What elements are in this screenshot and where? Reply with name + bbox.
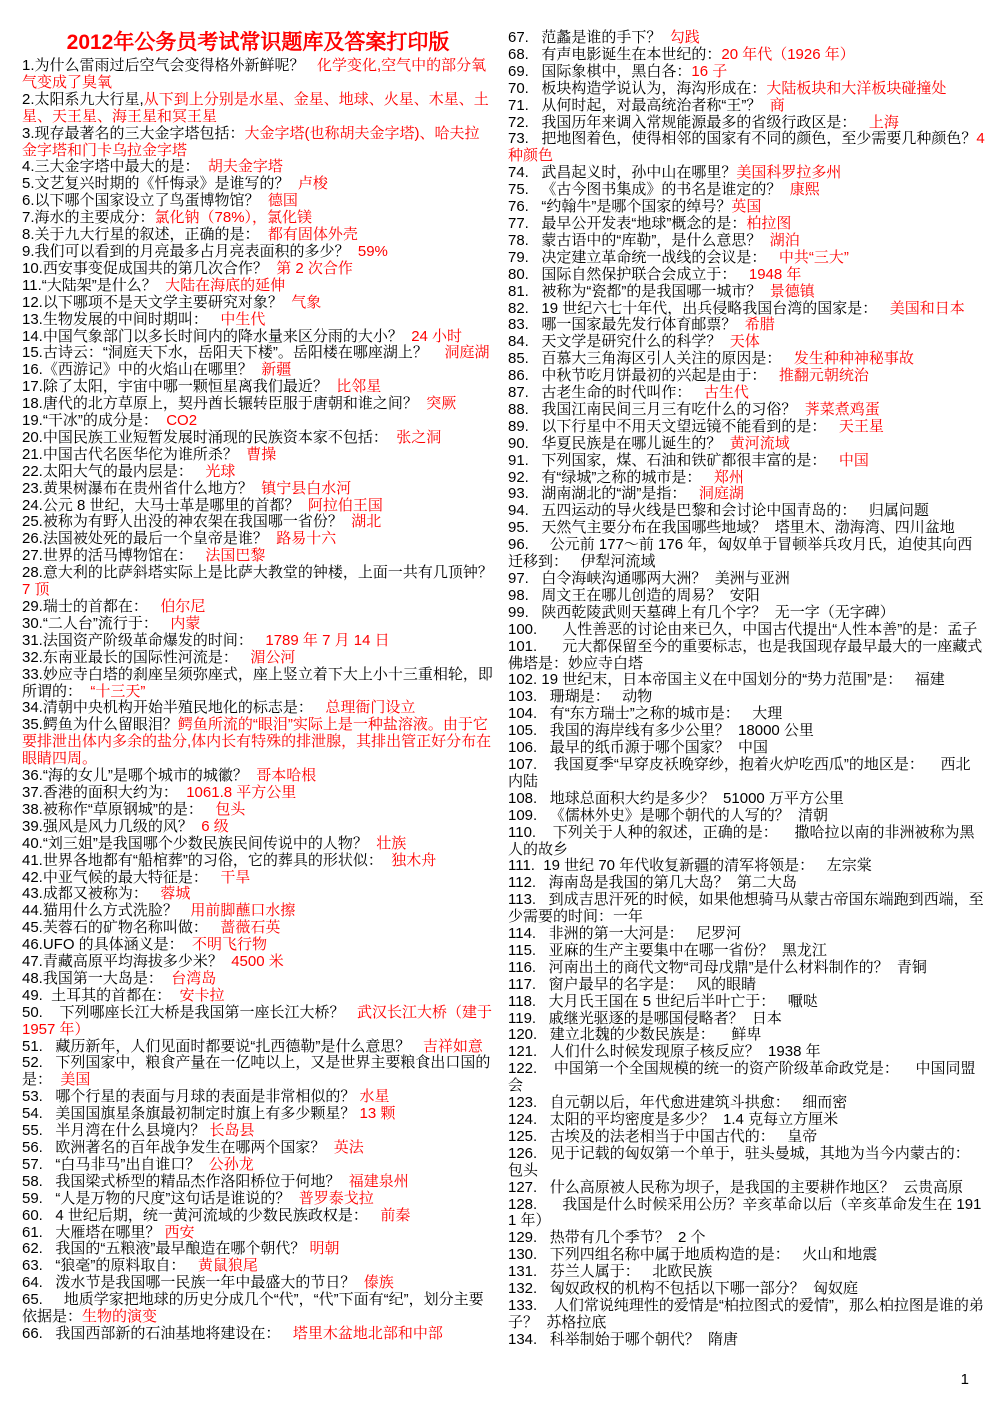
question-text: 56. 欧洲著名的百年战争发生在哪两个国家？ <box>22 1139 334 1156</box>
answer-text: 景德镇 <box>770 283 815 300</box>
answer-text: 胡夫金字塔 <box>208 158 283 175</box>
question-item: 103. 珊瑚是： 动物 <box>508 689 985 706</box>
question-text: 1.为什么雷雨过后空气会变得格外新鲜呢？ <box>22 57 317 74</box>
question-text: 17.除了太阳，宇宙中哪一颗恒星离我们最近？ <box>22 378 336 395</box>
answer-text: 4500 米 <box>231 953 284 970</box>
answer-text: 干旱 <box>220 869 250 886</box>
answer-text: 中国 <box>738 739 768 756</box>
question-text: 68. 有声电影诞生在本世纪的： <box>508 46 721 63</box>
question-text: 25.被称为有野人出没的神农架在我国哪一省份？ <box>22 513 351 530</box>
question-item: 134. 科举制始于哪个朝代？ 隋唐 <box>508 1332 985 1349</box>
answer-text: 英法 <box>334 1139 364 1156</box>
question-text: 84. 天文学是研究什么的科学？ <box>508 333 730 350</box>
question-item: 109. 《儒林外史》是哪个朝代的人写的？ 清朝 <box>508 808 985 825</box>
answer-text: 20 年代（1926 年） <box>721 46 854 63</box>
answer-text: 24 小时 <box>411 328 462 345</box>
question-text: 83. 哪一国家最先发行体育邮票？ <box>508 316 745 333</box>
question-text: 114. 非洲的第一大河是： <box>508 925 696 942</box>
question-item: 123. 自元朝以后，年代愈进建筑斗拱愈： 细而密 <box>508 1095 985 1112</box>
question-item: 7.海水的主要成分：氯化钠（78%），氯化镁 <box>22 210 494 227</box>
question-text: 98. 周文王在哪儿创造的周易？ <box>508 587 730 604</box>
question-text: 119. 戚继光驱逐的是哪国侵略者？ <box>508 1010 752 1027</box>
question-item: 70. 板块构造学说认为，海沟形成在：大陆板块和大洋板块碰撞处 <box>508 81 985 98</box>
question-text: 74. 武昌起义时，孙中山在哪里？ <box>508 164 736 181</box>
question-text: 115. 亚麻的生产主要集中在哪一省份？ <box>508 942 782 959</box>
question-item: 45.芙蓉石的矿物名称叫做： 蔷薇石英 <box>22 920 494 937</box>
question-item: 13.生物发展的中间时期叫： 中生代 <box>22 312 494 329</box>
question-text: 14.中国气象部门以多长时间内的降水量来区分雨的大小？ <box>22 328 411 345</box>
question-text: 85. 百慕大三角海区引人关注的原因是： <box>508 350 794 367</box>
question-item: 91. 下列国家，煤、石油和铁矿都很丰富的是： 中国 <box>508 453 985 470</box>
answer-text: 细而密 <box>802 1094 847 1111</box>
question-item: 69. 国际象棋中，黑白各：16 子 <box>508 64 985 81</box>
question-item: 44.猫用什么方式洗脸？ 用前脚蘸口水擦 <box>22 903 494 920</box>
answer-text: 气象 <box>291 294 321 311</box>
question-text: 109. 《儒林外史》是哪个朝代的人写的？ <box>508 807 798 824</box>
question-item: 121. 人们什么时候发现原子核反应？ 1938 年 <box>508 1044 985 1061</box>
question-item: 94. 五四运动的导火线是巴黎和会讨论中国青岛的： 归属问题 <box>508 503 985 520</box>
question-item: 112. 海南岛是我国的第几大岛？ 第二大岛 <box>508 875 985 892</box>
question-item: 46.UFO 的具体涵义是： 不明飞行物 <box>22 937 494 954</box>
question-text: 122. 中国第一个全国规模的统一的资产阶级革命政党是： <box>508 1060 916 1077</box>
question-text: 72. 我国历年来调入常规能源最多的省级行政区是： <box>508 114 869 131</box>
question-text: 59. “人是万物的尺度”这句话是谁说的？ <box>22 1190 299 1207</box>
answer-text: 蔷薇石英 <box>220 919 280 936</box>
question-text: 77. 最早公开发表“地球”概念的是： <box>508 215 746 232</box>
question-item: 133. 人们常说纯理性的爱情是“柏拉图式的爱情”，那么柏拉图是谁的弟子？ 苏格… <box>508 1298 985 1332</box>
answer-text: 6 级 <box>201 818 229 835</box>
question-item: 119. 戚继光驱逐的是哪国侵略者？ 日本 <box>508 1011 985 1028</box>
question-item: 58. 我国梁式桥型的精品杰作洛阳桥位于何地？ 福建泉州 <box>22 1174 494 1191</box>
question-item: 111. 19 世纪 70 年代收复新疆的清军将领是： 左宗棠 <box>508 858 985 875</box>
question-text: 94. 五四运动的导火线是巴黎和会讨论中国青岛的： <box>508 502 869 519</box>
answer-text: 台湾岛 <box>171 970 216 987</box>
question-text: 46.UFO 的具体涵义是： <box>22 936 192 953</box>
question-item: 79. 决定建立革命统一战线的会议是： 中共“三大” <box>508 250 985 267</box>
question-text: 105. 我国的海岸线有多少公里？ <box>508 722 738 739</box>
question-text: 95. 天然气主要分布在我国哪些地域？ <box>508 519 775 536</box>
question-text: 104. 有“东方瑞士”之称的城市是： <box>508 705 752 722</box>
question-item: 25.被称为有野人出没的神农架在我国哪一省份？ 湖北 <box>22 514 494 531</box>
question-text: 7.海水的主要成分： <box>22 209 155 226</box>
answer-text: 嚈哒 <box>788 993 818 1010</box>
question-item: 82. 19 世纪六七十年代，出兵侵略我国台湾的国家是： 美国和日本 <box>508 301 985 318</box>
question-text: 118. 大月氏王国在 5 世纪后半叶亡于： <box>508 993 788 1010</box>
question-item: 120. 建立北魏的少数民族是： 鲜卑 <box>508 1027 985 1044</box>
question-item: 42.中亚气候的最大特征是： 干旱 <box>22 870 494 887</box>
question-item: 68. 有声电影诞生在本世纪的：20 年代（1926 年） <box>508 47 985 64</box>
answer-text: 大陆在海底的延伸 <box>165 277 285 294</box>
question-item: 12.以下哪项不是天文学主要研究对象？ 气象 <box>22 295 494 312</box>
question-text: 51. 藏历新年，人们见面时都要说“扎西德勒”是什么意思？ <box>22 1038 423 1055</box>
question-text: 36.“海的女儿”是哪个城市的城徽？ <box>22 767 256 784</box>
question-text: 8.关于九大行星的叙述，正确的是： <box>22 226 268 243</box>
question-text: 116. 河南出土的商代文物“司母戊鼎”是什么材料制作的？ <box>508 959 897 976</box>
question-item: 32.东南亚最长的国际性河流是： 湄公河 <box>22 650 494 667</box>
question-text: 58. 我国梁式桥型的精品杰作洛阳桥位于何地？ <box>22 1173 349 1190</box>
question-item: 114. 非洲的第一大河是： 尼罗河 <box>508 926 985 943</box>
question-text: 73. 把地图着色，使得相邻的国家有不同的颜色，至少需要几种颜色？ <box>508 130 976 147</box>
question-item: 83. 哪一国家最先发行体育邮票？ 希腊 <box>508 317 985 334</box>
answer-text: 云贵高原 <box>903 1179 963 1196</box>
question-text: 130. 下列四组名称中属于地质构造的是： <box>508 1246 802 1263</box>
question-text: 120. 建立北魏的少数民族是： <box>508 1026 731 1043</box>
question-item: 41.世界各地都有“船棺葬”的习俗，它的葬具的形状似： 独木舟 <box>22 853 494 870</box>
answer-text: 火山和地震 <box>802 1246 877 1263</box>
question-text: 53. 哪个行星的表面与月球的表面是非常相似的？ <box>22 1088 360 1105</box>
answer-text: 安卡拉 <box>180 987 225 1004</box>
question-item: 107. 我国夏季“早穿皮袄晚穿纱，抱着火炉吃西瓜”的地区是： 西北内陆 <box>508 757 985 791</box>
question-item: 27.世界的活马博物馆在： 法国巴黎 <box>22 548 494 565</box>
answer-text: 柏拉图 <box>746 215 791 232</box>
question-item: 72. 我国历年来调入常规能源最多的省级行政区是： 上海 <box>508 115 985 132</box>
answer-text: 用前脚蘸口水擦 <box>190 902 295 919</box>
question-item: 65. 地质学家把地球的历史分成几个“代”，“代”下面有“纪”，划分主要依据是：… <box>22 1292 494 1326</box>
question-item: 81. 被称为“瓷都”的是我国哪一城市？ 景德镇 <box>508 284 985 301</box>
answer-text: 美洲与亚洲 <box>715 570 790 587</box>
answer-text: 无一字（无字碑） <box>775 604 895 621</box>
answer-text: 大理 <box>752 705 782 722</box>
answer-text: 英国 <box>731 198 761 215</box>
question-item: 9.我们可以看到的月亮最多占月亮表面积的多少？ 59% <box>22 244 494 261</box>
answer-text: 尼罗河 <box>696 925 741 942</box>
question-text: 91. 下列国家，煤、石油和铁矿都很丰富的是： <box>508 452 839 469</box>
answer-text: 长岛县 <box>210 1122 255 1139</box>
question-text: 3.现存最著名的三大金字塔包括： <box>22 125 245 142</box>
question-text: 32.东南亚最长的国际性河流是： <box>22 649 250 666</box>
answer-text: 吉祥如意 <box>423 1038 483 1055</box>
page-number: 1 <box>961 1371 969 1388</box>
answer-text: 1948 年 <box>749 266 802 283</box>
answer-text: 福建泉州 <box>349 1173 409 1190</box>
answer-text: 中共“三大” <box>779 249 849 266</box>
question-item: 122. 中国第一个全国规模的统一的资产阶级革命政党是： 中国同盟会 <box>508 1061 985 1095</box>
answer-text: 13 颗 <box>360 1105 396 1122</box>
question-item: 60. 4 世纪后期，统一黄河流域的少数民族政权是： 前秦 <box>22 1208 494 1225</box>
answer-text: 归属问题 <box>869 502 929 519</box>
question-item: 117. 窗户最早的名字是： 风的眼睛 <box>508 977 985 994</box>
question-item: 52. 下列国家中，粮食产量在一亿吨以上，又是世界主要粮食出口国的是： 美国 <box>22 1055 494 1089</box>
question-text: 34.清朝中央机构开始半殖民地化的标志是： <box>22 699 325 716</box>
answer-text: 壮族 <box>376 835 406 852</box>
question-text: 108. 地球总面积大约是多少？ <box>508 790 723 807</box>
answer-text: 内蒙 <box>170 615 200 632</box>
answer-text: 公孙龙 <box>209 1156 254 1173</box>
answer-text: 皇帝 <box>787 1128 817 1145</box>
question-item: 97. 白令海峡沟通哪两大洲？ 美洲与亚洲 <box>508 571 985 588</box>
question-item: 126. 见于记载的匈奴第一个单于，驻头曼城，其地为当今内蒙古的： 包头 <box>508 1146 985 1180</box>
answer-text: 不明飞行物 <box>192 936 267 953</box>
question-item: 36.“海的女儿”是哪个城市的城徽？ 哥本哈根 <box>22 768 494 785</box>
question-item: 14.中国气象部门以多长时间内的降水量来区分雨的大小？ 24 小时 <box>22 329 494 346</box>
question-text: 79. 决定建立革命统一战线的会议是： <box>508 249 779 266</box>
question-text: 47.青藏高原平均海拔多少米？ <box>22 953 231 970</box>
question-text: 132. 匈奴政权的机构不包括以下哪一部分？ <box>508 1280 813 1297</box>
answer-text: 上海 <box>869 114 899 131</box>
answer-text: 发生种种神秘事故 <box>794 350 914 367</box>
question-item: 10.西安事变促成国共的第几次合作？ 第 2 次合作 <box>22 261 494 278</box>
answer-text: 福建 <box>915 671 945 688</box>
question-item: 118. 大月氏王国在 5 世纪后半叶亡于： 嚈哒 <box>508 994 985 1011</box>
question-item: 63. “狼毫”的原料取自： 黄鼠狼尾 <box>22 1258 494 1275</box>
question-text: 99. 陕西乾陵武则天墓碑上有几个字？ <box>508 604 775 621</box>
answer-text: 1061.8 平方公里 <box>186 784 296 801</box>
answer-text: 伯尔尼 <box>160 598 205 615</box>
question-text: 61. 大雁塔在哪里？ <box>22 1224 165 1241</box>
answer-text: 前秦 <box>380 1207 410 1224</box>
question-text: 86. 中秋节吃月饼最初的兴起是由于： <box>508 367 779 384</box>
question-text: 43.成都又被称为： <box>22 885 160 902</box>
question-text: 55. 半月湾在什么县境内？ <box>22 1122 210 1139</box>
question-item: 39.强风是风力几级的风？ 6 级 <box>22 819 494 836</box>
answer-text: 美国和日本 <box>890 300 965 317</box>
answer-text: 左宗棠 <box>827 857 872 874</box>
question-item: 101. 元大都保留至今的重要标志，也是我国现存最早最大的一座藏式佛塔是：妙应寺… <box>508 639 985 673</box>
question-item: 56. 欧洲著名的百年战争发生在哪两个国家？ 英法 <box>22 1140 494 1157</box>
answer-text: 鲜卑 <box>731 1026 761 1043</box>
answer-text: 妙应寺白塔 <box>568 655 643 672</box>
question-item: 124. 太阳的平均密度是多少？ 1.4 克每立方厘米 <box>508 1112 985 1129</box>
answer-text: 光球 <box>205 463 235 480</box>
question-item: 17.除了太阳，宇宙中哪一颗恒星离我们最近？ 比邻星 <box>22 379 494 396</box>
question-text: 4.三大金字塔中最大的是： <box>22 158 208 175</box>
document-title: 2012年公务员考试常识题库及答案打印版 <box>22 30 494 56</box>
answer-text: 1789 年 7 月 14 日 <box>265 632 389 649</box>
question-item: 74. 武昌起义时，孙中山在哪里？美国科罗拉多州 <box>508 165 985 182</box>
answer-text: 塔里木盆地北部和中部 <box>293 1325 443 1342</box>
answer-text: 伊犁河流域 <box>581 553 656 570</box>
question-text: 128. 我国是什么时候采用公历？ <box>508 1196 742 1213</box>
answer-text: 突厥 <box>426 395 456 412</box>
answer-text: 独木舟 <box>391 852 436 869</box>
question-text: 93. 湖南湖北的“湖”是指： <box>508 485 699 502</box>
document-page: 2012年公务员考试常识题库及答案打印版 1.为什么雷雨过后空气会变得格外新鲜呢… <box>0 0 993 1349</box>
question-text: 106. 最早的纸币源于哪个国家？ <box>508 739 738 756</box>
question-item: 87. 古老生命的时代叫作： 古生代 <box>508 385 985 402</box>
question-item: 84. 天文学是研究什么的科学？ 天体 <box>508 334 985 351</box>
question-text: 63. “狼毫”的原料取自： <box>22 1257 198 1274</box>
answer-text: 湖北 <box>351 513 381 530</box>
answer-text: 天王星 <box>839 418 884 435</box>
question-text: 71. 从何时起，对最高统治者称“王”？ <box>508 97 770 114</box>
question-item: 108. 地球总面积大约是多少？ 51000 万平方公里 <box>508 791 985 808</box>
answer-text: 1.4 克每立方厘米 <box>723 1111 838 1128</box>
question-item: 85. 百慕大三角海区引人关注的原因是： 发生种种神秘事故 <box>508 351 985 368</box>
question-item: 38.被称作“草原钢城”的是： 包头 <box>22 802 494 819</box>
answer-text: 法国巴黎 <box>205 547 265 564</box>
question-text: 16.《西游记》中的火焰山在哪里？ <box>22 361 261 378</box>
question-text: 87. 古老生命的时代叫作： <box>508 384 704 401</box>
question-text: 24.公元 8 世纪，大马士革是哪里的首都？ <box>22 497 308 514</box>
answer-text: 洞庭湖 <box>445 344 490 361</box>
answer-text: 清朝 <box>798 807 828 824</box>
question-list-right: 67. 范蠡是谁的手下？ 勾践 68. 有声电影诞生在本世纪的：20 年代（19… <box>508 30 985 1349</box>
answer-text: 青铜 <box>897 959 927 976</box>
question-text: 21.中国古代名医华佗为谁所杀？ <box>22 446 246 463</box>
question-item: 21.中国古代名医华佗为谁所杀？ 曹操 <box>22 447 494 464</box>
question-item: 78. 蒙古语中的“库勒”，是什么意思？ 湖泊 <box>508 233 985 250</box>
question-item: 61. 大雁塔在哪里？ 西安 <box>22 1225 494 1242</box>
question-item: 93. 湖南湖北的“湖”是指： 洞庭湖 <box>508 486 985 503</box>
question-item: 4.三大金字塔中最大的是： 胡夫金字塔 <box>22 159 494 176</box>
question-text: 64. 泼水节是我国哪一民族一年中最盛大的节日？ <box>22 1274 364 1291</box>
answer-text: 日本 <box>752 1010 782 1027</box>
question-item: 24.公元 8 世纪，大马士革是哪里的首都？ 阿拉伯王国 <box>22 498 494 515</box>
question-item: 37.香港的面积大约为： 1061.8 平方公里 <box>22 785 494 802</box>
question-item: 66. 我国西部新的石油基地将建设在： 塔里木盆地北部和中部 <box>22 1326 494 1343</box>
question-item: 11.“大陆架”是什么？ 大陆在海底的延伸 <box>22 278 494 295</box>
answer-text: 德国 <box>268 192 298 209</box>
question-item: 3.现存最著名的三大金字塔包括：大金字塔(也称胡夫金字塔)、哈夫拉金字塔和门卡乌… <box>22 126 494 160</box>
answer-text: 隋唐 <box>708 1331 738 1348</box>
question-text: 66. 我国西部新的石油基地将建设在： <box>22 1325 293 1342</box>
question-item: 28.意大利的比萨斜塔实际上是比萨大教堂的钟楼，上面一共有几顶钟？ 7 顶 <box>22 565 494 599</box>
answer-text: 动物 <box>622 688 652 705</box>
question-text: 102. 19 世纪末，日本帝国主义在中国划分的“势力范围”是： <box>508 671 915 688</box>
question-item: 43.成都又被称为： 蓉城 <box>22 886 494 903</box>
question-text: 10.西安事变促成国共的第几次合作？ <box>22 260 276 277</box>
question-text: 69. 国际象棋中，黑白各： <box>508 63 691 80</box>
answer-text: “十三天” <box>90 683 145 700</box>
answer-text: 生物的演变 <box>82 1308 157 1325</box>
question-item: 104. 有“东方瑞士”之称的城市是： 大理 <box>508 706 985 723</box>
question-item: 88. 我国江南民间三月三有吃什么的习俗？ 荠菜煮鸡蛋 <box>508 402 985 419</box>
question-item: 5.文艺复兴时期的《忏悔录》是谁写的？ 卢梭 <box>22 176 494 193</box>
question-item: 19.“干冰”的成分是： CO2 <box>22 413 494 430</box>
answer-text: 镇宁县白水河 <box>261 480 351 497</box>
question-item: 34.清朝中央机构开始半殖民地化的标志是： 总理衙门设立 <box>22 700 494 717</box>
question-item: 71. 从何时起，对最高统治者称“王”？ 商 <box>508 98 985 115</box>
question-item: 90. 华夏民族是在哪儿诞生的？ 黄河流域 <box>508 436 985 453</box>
question-item: 76. “约翰牛”是哪个国家的绰号？英国 <box>508 199 985 216</box>
answer-text: 总理衙门设立 <box>325 699 415 716</box>
question-item: 102. 19 世纪末，日本帝国主义在中国划分的“势力范围”是： 福建 <box>508 672 985 689</box>
question-item: 22.太阳大气的最内层是： 光球 <box>22 464 494 481</box>
answer-text: 郑州 <box>714 469 744 486</box>
question-text: 82. 19 世纪六七十年代，出兵侵略我国台湾的国家是： <box>508 300 890 317</box>
question-text: 100. 人性善恶的讨论由来已久，中国古代提出“人性本善”的是： <box>508 621 947 638</box>
answer-text: 西安 <box>165 1224 195 1241</box>
answer-text: 康熙 <box>790 181 820 198</box>
question-text: 75. 《古今图书集成》的书名是谁定的？ <box>508 181 790 198</box>
question-item: 55. 半月湾在什么县境内？ 长岛县 <box>22 1123 494 1140</box>
question-item: 1.为什么雷雨过后空气会变得格外新鲜呢？ 化学变化,空气中的部分氧气变成了臭氧 <box>22 58 494 92</box>
question-item: 62. 我国的“五粮液”最早酿造在哪个朝代？ 明朝 <box>22 1241 494 1258</box>
question-text: 54. 美国国旗星条旗最初制定时旗上有多少颗星？ <box>22 1105 360 1122</box>
answer-text: 第 2 次合作 <box>276 260 353 277</box>
question-text: 110. 下列关于人种的叙述，正确的是： <box>508 824 794 841</box>
question-item: 35.鳄鱼为什么留眼泪？鳄鱼所流的“眼泪”实际上是一种盐溶液。由于它要排泄出体内… <box>22 717 494 768</box>
answer-text: 张之洞 <box>396 429 441 446</box>
answer-text: 蓉城 <box>160 885 190 902</box>
question-text: 92. 有“绿城”之称的城市是： <box>508 469 714 486</box>
question-item: 96. 公元前 177～前 176 年，匈奴单于冒顿举兵攻月氏，迫使其向西迁移到… <box>508 537 985 571</box>
answer-text: 59% <box>358 243 388 260</box>
answer-text: 1938 年 <box>768 1043 821 1060</box>
question-text: 52. 下列国家中，粮食产量在一亿吨以上，又是世界主要粮食出口国的是： <box>22 1054 490 1088</box>
question-item: 98. 周文王在哪儿创造的周易？ 安阳 <box>508 588 985 605</box>
answer-text: 新疆 <box>261 361 291 378</box>
question-text: 37.香港的面积大约为： <box>22 784 186 801</box>
question-text: 48.我国第一大岛是： <box>22 970 171 987</box>
question-item: 29.瑞士的首都在： 伯尔尼 <box>22 599 494 616</box>
answer-text: 16 子 <box>691 63 727 80</box>
question-text: 103. 珊瑚是： <box>508 688 622 705</box>
answer-text: 明朝 <box>310 1240 340 1257</box>
answer-text: 黄河流域 <box>730 435 790 452</box>
right-column: 67. 范蠡是谁的手下？ 勾践 68. 有声电影诞生在本世纪的：20 年代（19… <box>508 30 985 1349</box>
answer-text: 风的眼睛 <box>696 976 756 993</box>
question-item: 110. 下列关于人种的叙述，正确的是： 撒哈拉以南的非洲被称为黑人的故乡 <box>508 825 985 859</box>
answer-text: 都有固体外壳 <box>268 226 358 243</box>
question-item: 20.中国民族工业短暂发展时涌现的民族资本家不包括： 张之洞 <box>22 430 494 447</box>
question-item: 99. 陕西乾陵武则天墓碑上有几个字？ 无一字（无字碑） <box>508 605 985 622</box>
question-text: 124. 太阳的平均密度是多少？ <box>508 1111 723 1128</box>
answer-text: 中生代 <box>220 311 265 328</box>
answer-text: 比邻星 <box>336 378 381 395</box>
left-column: 2012年公务员考试常识题库及答案打印版 1.为什么雷雨过后空气会变得格外新鲜呢… <box>22 30 494 1349</box>
question-item: 40.“刘三姐”是我国哪个少数民族民间传说中的人物？ 壮族 <box>22 836 494 853</box>
question-text: 62. 我国的“五粮液”最早酿造在哪个朝代？ <box>22 1240 310 1257</box>
question-text: 80. 国际自然保护联合会成立于： <box>508 266 749 283</box>
question-text: 12.以下哪项不是天文学主要研究对象？ <box>22 294 291 311</box>
question-item: 47.青藏高原平均海拔多少米？ 4500 米 <box>22 954 494 971</box>
question-item: 48.我国第一大岛是： 台湾岛 <box>22 971 494 988</box>
question-text: 97. 白令海峡沟通哪两大洲？ <box>508 570 715 587</box>
question-text: 123. 自元朝以后，年代愈进建筑斗拱愈： <box>508 1094 802 1111</box>
question-text: 121. 人们什么时候发现原子核反应？ <box>508 1043 768 1060</box>
question-text: 134. 科举制始于哪个朝代？ <box>508 1331 708 1348</box>
question-item: 113. 到成吉思汗死的时候，如果他想骑马从蒙古帝国东端跑到西端，至少需要的时间… <box>508 892 985 926</box>
question-text: 44.猫用什么方式洗脸？ <box>22 902 190 919</box>
question-item: 51. 藏历新年，人们见面时都要说“扎西德勒”是什么意思？ 吉祥如意 <box>22 1039 494 1056</box>
question-item: 26.法国被处死的最后一个皇帝是谁？ 路易十六 <box>22 531 494 548</box>
question-item: 49. 土耳其的首都在： 安卡拉 <box>22 988 494 1005</box>
question-item: 80. 国际自然保护联合会成立于： 1948 年 <box>508 267 985 284</box>
question-text: 111. 19 世纪 70 年代收复新疆的清军将领是： <box>508 857 827 874</box>
question-item: 16.《西游记》中的火焰山在哪里？ 新疆 <box>22 362 494 379</box>
question-text: 76. “约翰牛”是哪个国家的绰号？ <box>508 198 731 215</box>
question-item: 125. 古埃及的法老相当于中国古代的： 皇帝 <box>508 1129 985 1146</box>
question-text: 39.强风是风力几级的风？ <box>22 818 201 835</box>
question-text: 9.我们可以看到的月亮最多占月亮表面积的多少？ <box>22 243 358 260</box>
question-text: 27.世界的活马博物馆在： <box>22 547 205 564</box>
question-text: 31.法国资产阶级革命爆发的时间： <box>22 632 265 649</box>
answer-text: 水星 <box>360 1088 390 1105</box>
question-item: 77. 最早公开发表“地球”概念的是：柏拉图 <box>508 216 985 233</box>
answer-text: 湄公河 <box>250 649 295 666</box>
question-item: 127. 什么高原被人民称为坝子，是我国的主要耕作地区？ 云贵高原 <box>508 1180 985 1197</box>
question-text: 67. 范蠡是谁的手下？ <box>508 29 670 46</box>
answer-text: 氯化钠（78%），氯化镁 <box>155 209 313 226</box>
answer-text: 包头 <box>508 1162 538 1179</box>
question-text: 50. 下列哪座长江大桥是我国第一座长江大桥？ <box>22 1004 357 1021</box>
question-text: 35.鳄鱼为什么留眼泪？ <box>22 716 178 733</box>
answer-text: 18000 公里 <box>738 722 814 739</box>
question-item: 6.以下哪个国家设立了鸟蛋博物馆？ 德国 <box>22 193 494 210</box>
question-item: 23.黄果树瀑布在贵州省什么地方？ 镇宁县白水河 <box>22 481 494 498</box>
answer-text: 希腊 <box>745 316 775 333</box>
question-text: 113. 到成吉思汗死的时候，如果他想骑马从蒙古帝国东端跑到西端，至少需要的时间… <box>508 891 984 925</box>
question-text: 6.以下哪个国家设立了鸟蛋博物馆？ <box>22 192 268 209</box>
question-item: 75. 《古今图书集成》的书名是谁定的？ 康熙 <box>508 182 985 199</box>
question-text: 81. 被称为“瓷都”的是我国哪一城市？ <box>508 283 770 300</box>
question-item: 18.唐代的北方草原上，契丹酋长辗转臣服于唐朝和谁之间？ 突厥 <box>22 396 494 413</box>
question-text: 60. 4 世纪后期，统一黄河流域的少数民族政权是： <box>22 1207 380 1224</box>
answer-text: 大陆板块和大洋板块碰撞处 <box>766 80 946 97</box>
question-text: 57. “白马非马”出自谁口？ <box>22 1156 209 1173</box>
question-text: 117. 窗户最早的名字是： <box>508 976 696 993</box>
